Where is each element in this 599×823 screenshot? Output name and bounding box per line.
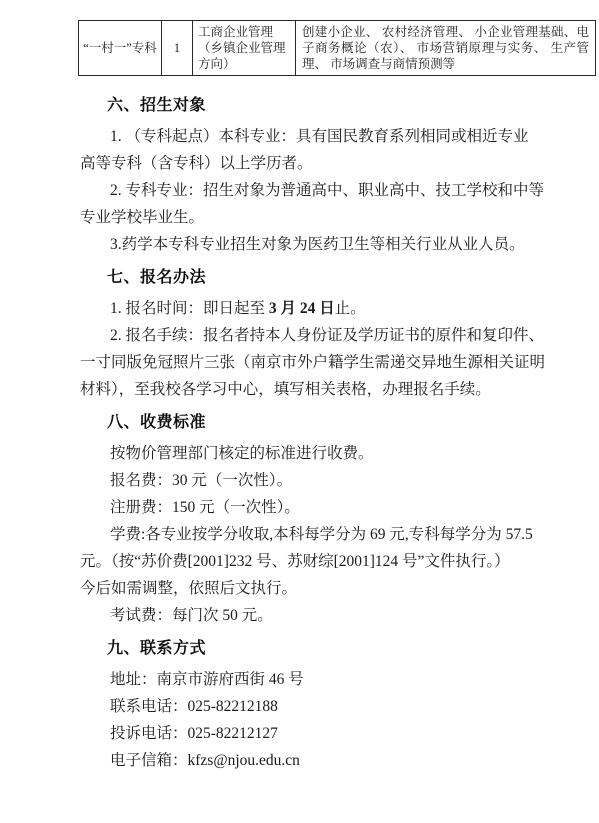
cell-major: 工商企业管理（乡镇企业管理方向） (193, 21, 296, 76)
section-heading-fees: 八、收费标准 (80, 408, 592, 438)
reg-time-prefix: 1. 报名时间：即日起至 (110, 300, 269, 317)
para-reg-fee: 报名费：30 元（一次性）。 (80, 467, 592, 494)
document-body: 六、招生对象 1. （专科起点）本科专业：具有国民教育系列相同或相近专业 高等专… (80, 86, 592, 774)
cell-quota: 1 (162, 21, 193, 76)
section-heading-signup: 七、报名办法 (80, 263, 592, 293)
table-row: “一村一”专科 1 工商企业管理（乡镇企业管理方向） 创建小企业、 农村经济管理… (79, 21, 596, 76)
para-enroll-3-line: 3.药学本专科专业招生对象为医药卫生等相关行业从业人员。 (80, 231, 592, 258)
para-tuition-line: 今后如需调整，依照后文执行。 (80, 575, 592, 602)
reg-deadline: 3 月 24 日 (269, 300, 335, 317)
section-heading-enroll: 六、招生对象 (80, 91, 592, 121)
para-procedure-line: 2. 报名手续：报名者持本人身份证及学历证书的原件和复印件、 (80, 322, 592, 349)
para-enroll-1-line: 1. （专科起点）本科专业：具有国民教育系列相同或相近专业 (80, 123, 592, 150)
para-reg-time: 1. 报名时间：即日起至 3 月 24 日止。 (80, 295, 592, 322)
contact-phone: 联系电话：025-82212188 (80, 693, 592, 720)
cell-category: “一村一”专科 (79, 21, 162, 76)
para-procedure-line: 材料），至我校各学习中心，填写相关表格，办理报名手续。 (80, 376, 592, 403)
para-enroll-2-line: 专业学校毕业生。 (80, 204, 592, 231)
para-register-fee: 注册费：150 元（一次性）。 (80, 494, 592, 521)
contact-email: 电子信箱：kfzs@njou.edu.cn (80, 747, 592, 774)
reg-time-suffix: 止。 (335, 300, 366, 317)
contact-complaint: 投诉电话：025-82212127 (80, 720, 592, 747)
para-enroll-1-line: 高等专科（含专科）以上学历者。 (80, 150, 592, 177)
cell-courses: 创建小企业、 农村经济管理、 小企业管理基础、电子商务概论（农）、 市场营销原理… (296, 21, 596, 76)
para-tuition-line: 学费:各专业按学分收取,本科每学分为 69 元,专科每学分为 57.5 (80, 521, 592, 548)
contact-address: 地址：南京市游府西街 46 号 (80, 666, 592, 693)
para-fees-intro: 按物价管理部门核定的标准进行收费。 (80, 440, 592, 467)
para-tuition-line: 元。（按“苏价费[2001]232 号、苏财综[2001]124 号”文件执行。… (80, 548, 592, 575)
para-exam-fee: 考试费：每门次 50 元。 (80, 602, 592, 629)
section-heading-contact: 九、联系方式 (80, 634, 592, 664)
para-enroll-2-line: 2. 专科专业：招生对象为普通高中、职业高中、技工学校和中等 (80, 177, 592, 204)
document-page: “一村一”专科 1 工商企业管理（乡镇企业管理方向） 创建小企业、 农村经济管理… (0, 0, 599, 823)
para-procedure-line: 一寸同版免冠照片三张（南京市外户籍学生需递交异地生源相关证明 (80, 349, 592, 376)
major-table: “一村一”专科 1 工商企业管理（乡镇企业管理方向） 创建小企业、 农村经济管理… (78, 20, 596, 76)
